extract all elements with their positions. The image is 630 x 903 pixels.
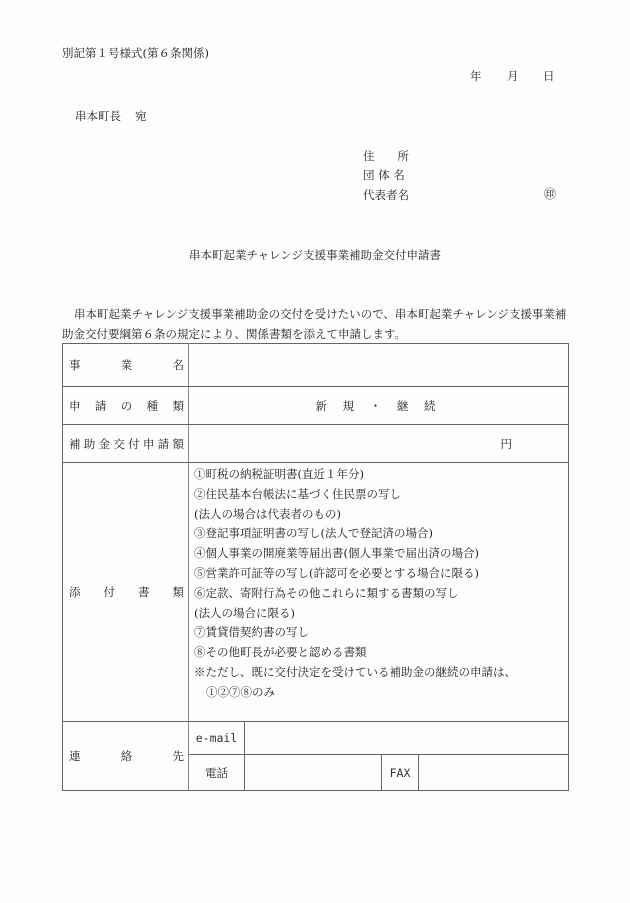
application-type-label: 申 請 の 種 類 [63, 387, 189, 425]
label-char: 申 [143, 436, 155, 452]
seal-icon: ㊞ [544, 188, 556, 200]
contact-label: 連 絡 先 [63, 722, 189, 791]
subsidy-amount-field[interactable]: 円 [189, 425, 569, 463]
list-item: ③登記事項証明書の写し(法人で登記済の場合) [194, 524, 568, 544]
label-char: 添 [69, 584, 81, 600]
label-char: 補 [69, 436, 81, 452]
label-char: 絡 [121, 748, 133, 764]
list-item: ※ただし、既に交付決定を受けている補助金の継続の申請は、 [194, 663, 568, 683]
label-char: 連 [69, 748, 81, 764]
list-item: ①②⑦⑧のみ [194, 683, 568, 703]
intro-paragraph: 串本町起業チャレンジ支援事業補助金の交付を受けたいので、串本町起業チャレンジ支援… [62, 304, 572, 344]
application-type-options[interactable]: 新 規 ・ 継 続 [189, 387, 569, 425]
label-char: 業 [121, 357, 133, 373]
application-table: 事 業 名 申 請 の 種 類 新 規 ・ 継 続 補 助 金 交 [62, 343, 569, 791]
business-name-label: 事 業 名 [63, 344, 189, 387]
row-application-type: 申 請 の 種 類 新 規 ・ 継 続 [63, 387, 569, 425]
date-year-label: 年 [470, 71, 482, 83]
row-contact-email: 連 絡 先 e-mail [63, 722, 569, 755]
attachments-list: ①町税の納税証明書(直近１年分) ②住民基本台帳法に基づく住民票の写し (法人の… [189, 463, 569, 722]
label-char: 種 [147, 398, 159, 414]
date-month-label: 月 [507, 71, 519, 83]
phone-label: 電話 [189, 755, 245, 791]
list-item: ⑤営業許可証等の写し(許認可を必要とする場合に限る) [194, 564, 568, 584]
yen-unit: 円 [501, 437, 513, 451]
email-field[interactable] [245, 722, 569, 755]
list-item: ②住民基本台帳法に基づく住民票の写し [194, 485, 568, 505]
address-label: 住 所 [363, 151, 409, 163]
label-char: 請 [158, 436, 170, 452]
phone-field[interactable] [245, 755, 382, 791]
row-attachments: 添 付 書 類 ①町税の納税証明書(直近１年分) ②住民基本台帳法に基づく住民票… [63, 463, 569, 722]
list-item: (法人の場合は代表者のもの) [194, 505, 568, 525]
list-item: ⑥定款、寄附行為その他これらに類する書類の写し [194, 584, 568, 604]
addressee-honorific: 宛 [135, 109, 147, 123]
label-char: の [121, 398, 133, 414]
list-item: (法人の場合に限る) [194, 604, 568, 624]
label-char: 交 [113, 436, 125, 452]
list-item: ④個人事業の開廃業等届出書(個人事業で届出済の場合) [194, 544, 568, 564]
addressee-name: 串本町長 [75, 109, 121, 123]
label-char: 書 [138, 584, 150, 600]
list-item: ⑧その他町長が必要と認める書類 [194, 643, 568, 663]
label-char: 付 [128, 436, 140, 452]
label-char: 類 [173, 398, 185, 414]
label-char: 金 [99, 436, 111, 452]
row-subsidy-amount: 補 助 金 交 付 申 請 額 円 [63, 425, 569, 463]
attachments-label: 添 付 書 類 [63, 463, 189, 722]
fax-field[interactable] [419, 755, 569, 791]
label-char: 名 [173, 357, 185, 373]
business-name-field[interactable] [189, 344, 569, 387]
subsidy-amount-label: 補 助 金 交 付 申 請 額 [63, 425, 189, 463]
label-char: 類 [173, 584, 185, 600]
label-char: 請 [95, 398, 107, 414]
label-char: 先 [173, 748, 185, 764]
form-number: 別記第１号様式(第６条関係) [62, 48, 209, 60]
label-char: 額 [172, 436, 184, 452]
addressee: 串本町長宛 [75, 111, 147, 123]
email-label: e-mail [189, 722, 245, 755]
label-char: 申 [69, 398, 81, 414]
list-item: ⑦賃貸借契約書の写し [194, 623, 568, 643]
document-title: 串本町起業チャレンジ支援事業補助金交付申請書 [0, 250, 630, 262]
row-business-name: 事 業 名 [63, 344, 569, 387]
organization-label: 団 体 名 [363, 170, 405, 182]
label-char: 助 [84, 436, 96, 452]
date-day-label: 日 [543, 71, 555, 83]
label-char: 事 [69, 357, 81, 373]
label-char: 付 [104, 584, 116, 600]
fax-label: FAX [382, 755, 419, 791]
representative-label: 代表者名 [363, 190, 409, 202]
list-item: ①町税の納税証明書(直近１年分) [194, 465, 568, 485]
